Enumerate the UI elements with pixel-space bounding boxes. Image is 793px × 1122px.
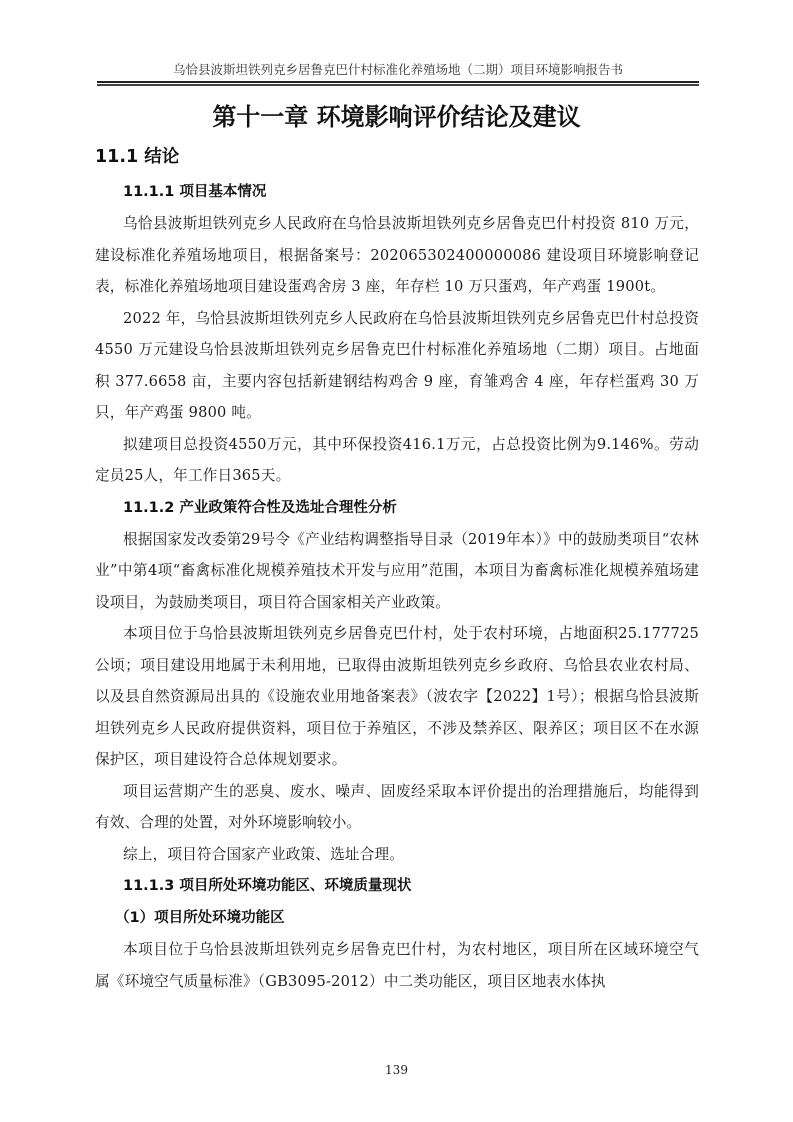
chapter-title: 第十一章 环境影响评价结论及建议	[0, 97, 793, 132]
document-page: 乌恰县波斯坦铁列克乡居鲁克巴什村标准化养殖场地（二期）项目环境影响报告书 第十一…	[0, 0, 793, 1122]
section-heading-11-1: 11.1 结论	[95, 138, 699, 176]
paragraph: 项目运营期产生的恶臭、废水、噪声、固废经采取本评价提出的治理措施后，均能得到有效…	[95, 776, 699, 839]
section-heading-11-1-1: 11.1.1 项目基本情况	[95, 176, 699, 208]
paragraph: 综上，项目符合国家产业政策、选址合理。	[95, 839, 699, 871]
header-double-rule	[97, 81, 699, 86]
header-rule-thick	[97, 81, 699, 83]
section-heading-11-1-3: 11.1.3 项目所处环境功能区、环境质量现状	[95, 870, 699, 902]
paragraph: 2022 年，乌恰县波斯坦铁列克乡人民政府在乌恰县波斯坦铁列克乡居鲁克巴什村总投…	[95, 303, 699, 429]
running-header: 乌恰县波斯坦铁列克乡居鲁克巴什村标准化养殖场地（二期）项目环境影响报告书	[97, 60, 699, 78]
paragraph: 本项目位于乌恰县波斯坦铁列克乡居鲁克巴什村，为农村地区，项目所在区域环境空气属《…	[95, 934, 699, 997]
section-heading-11-1-2: 11.1.2 产业政策符合性及选址合理性分析	[95, 492, 699, 524]
paragraph: 乌恰县波斯坦铁列克乡人民政府在乌恰县波斯坦铁列克乡居鲁克巴什村投资 810 万元…	[95, 208, 699, 303]
page-number: 139	[0, 1063, 793, 1077]
subsection-heading-functional-zone: （1）项目所处环境功能区	[95, 902, 699, 934]
paragraph: 根据国家发改委第29号令《产业结构调整指导目录（2019年本）》中的鼓励类项目“…	[95, 524, 699, 619]
paragraph: 拟建项目总投资4550万元，其中环保投资416.1万元，占总投资比例为9.146…	[95, 429, 699, 492]
header-rule-thin	[97, 84, 699, 86]
page-body: 11.1 结论 11.1.1 项目基本情况 乌恰县波斯坦铁列克乡人民政府在乌恰县…	[95, 138, 699, 997]
paragraph: 本项目位于乌恰县波斯坦铁列克乡居鲁克巴什村，处于农村环境，占地面积25.1777…	[95, 618, 699, 776]
